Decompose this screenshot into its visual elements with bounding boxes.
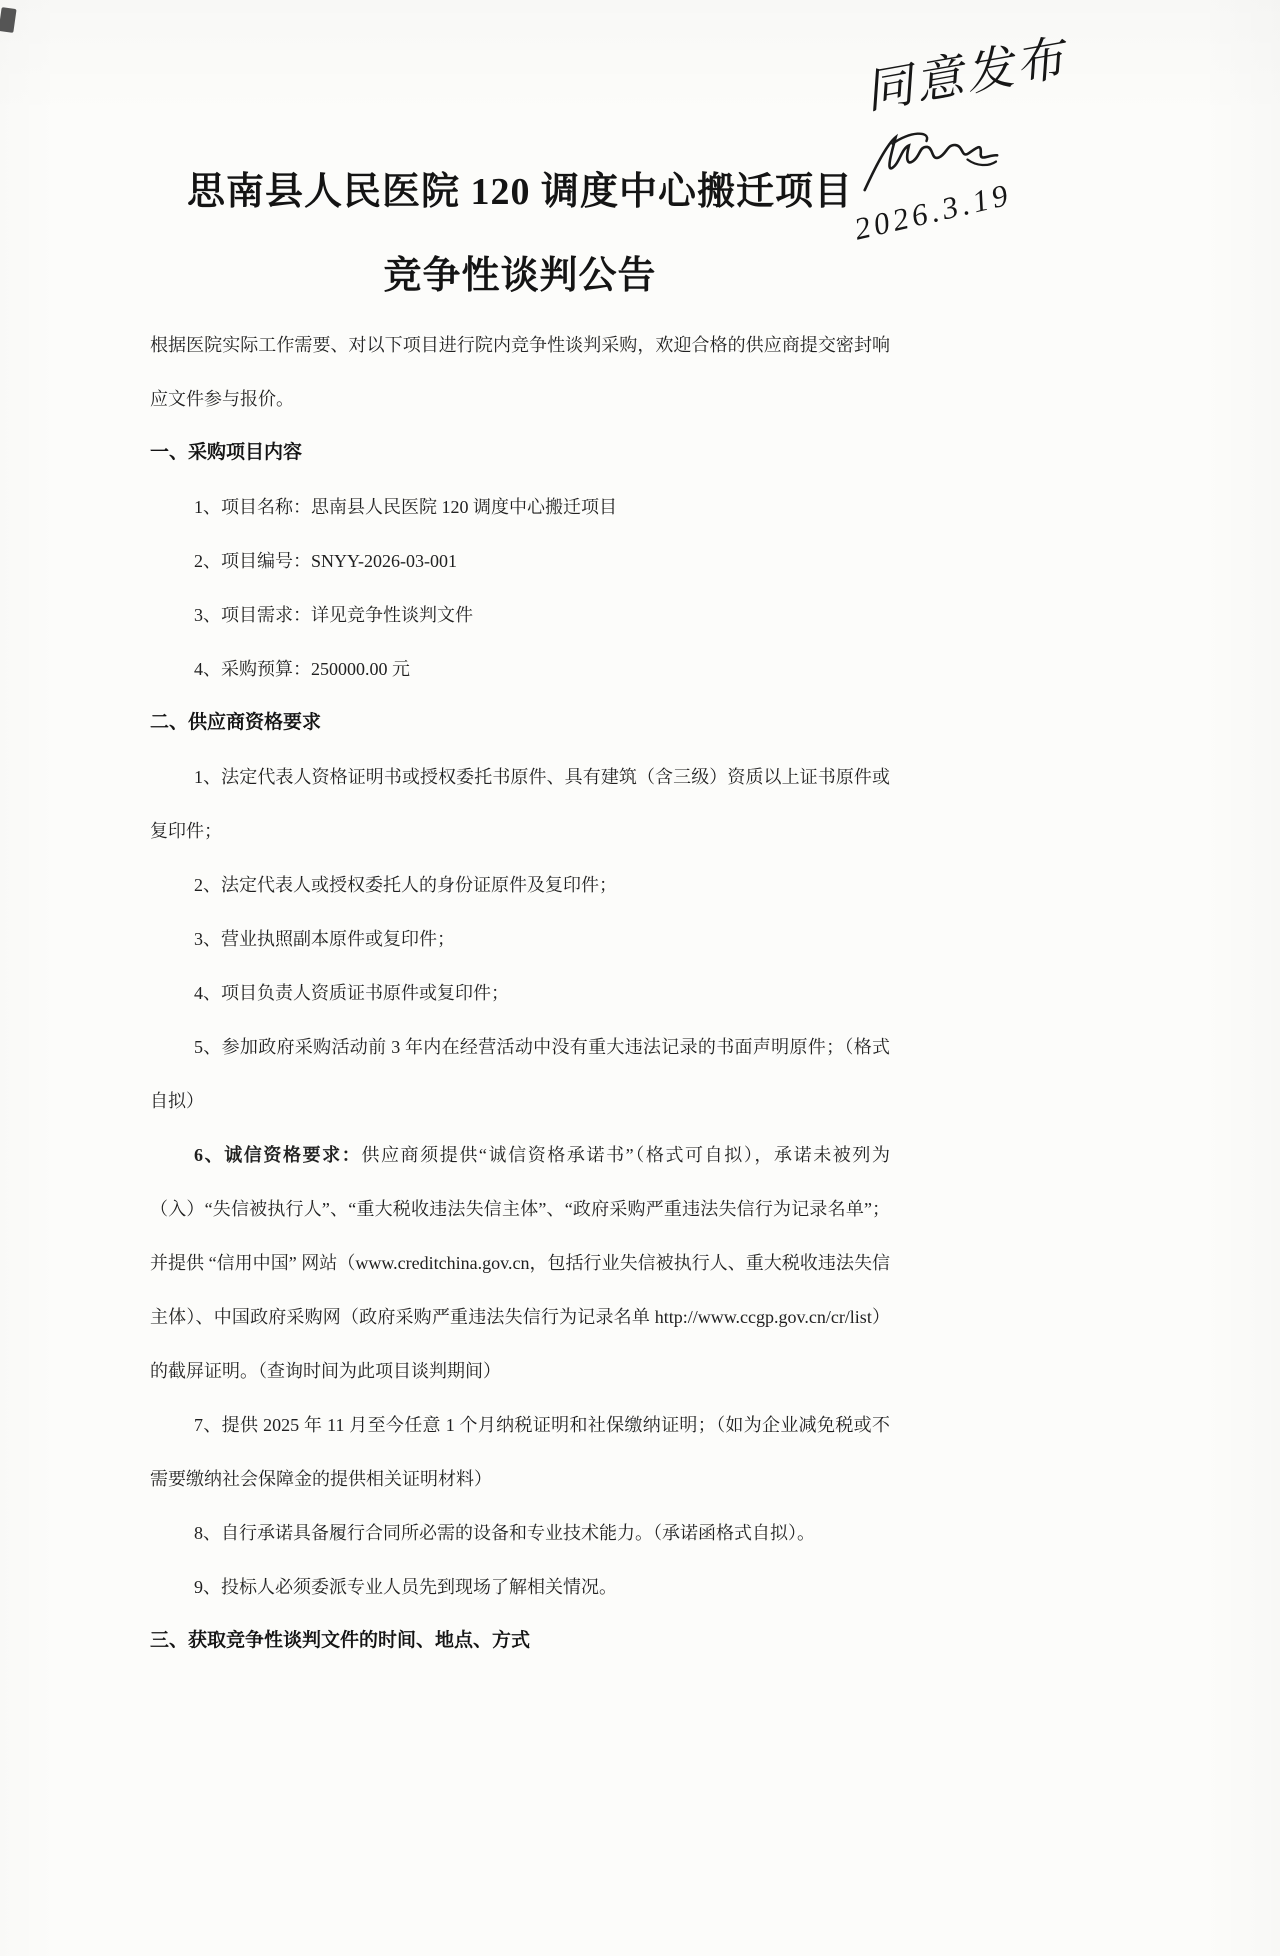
s1-item-project-demand: 3、项目需求：详见竞争性谈判文件 (150, 588, 890, 642)
s2-item-8: 8、自行承诺具备履行合同所必需的设备和专业技术能力。（承诺函格式自拟）。 (150, 1506, 890, 1560)
s2-item-7: 7、提供 2025 年 11 月至今任意 1 个月纳税证明和社保缴纳证明；（如为… (150, 1398, 890, 1506)
s2-item-6-label: 6、诚信资格要求： (194, 1145, 361, 1165)
section2-heading: 二、供应商资格要求 (150, 696, 890, 750)
s2-item-3: 3、营业执照副本原件或复印件； (150, 912, 890, 966)
s2-item-2: 2、法定代表人或授权委托人的身份证原件及复印件； (150, 858, 890, 912)
intro-paragraph: 根据医院实际工作需要、对以下项目进行院内竞争性谈判采购，欢迎合格的供应商提交密封… (150, 318, 890, 426)
approval-text: 同意发布 (859, 19, 1072, 122)
s2-item-9: 9、投标人必须委派专业人员先到现场了解相关情况。 (150, 1560, 890, 1614)
section1-heading: 一、采购项目内容 (150, 426, 890, 480)
s2-item-5: 5、参加政府采购活动前 3 年内在经营活动中没有重大违法记录的书面声明原件；（格… (150, 1020, 890, 1128)
document-body: 思南县人民医院 120 调度中心搬迁项目 竞争性谈判公告 根据医院实际工作需要、… (150, 150, 890, 1668)
s2-item-1: 1、法定代表人资格证明书或授权委托书原件、具有建筑（含三级）资质以上证书原件或复… (150, 750, 890, 858)
s2-item-6-text: 供应商须提供“诚信资格承诺书”（格式可自拟），承诺未被列为（入）“失信被执行人”… (150, 1145, 890, 1381)
scanned-document-page: 同意发布 2026.3.19 思南县人民医院 120 调度中心搬迁项目 竞争性谈… (0, 0, 1280, 1956)
section3-heading: 三、获取竞争性谈判文件的时间、地点、方式 (150, 1614, 890, 1668)
s1-item-budget: 4、采购预算：250000.00 元 (150, 642, 890, 696)
s2-item-6: 6、诚信资格要求：供应商须提供“诚信资格承诺书”（格式可自拟），承诺未被列为（入… (150, 1128, 890, 1398)
document-title-line2: 竞争性谈判公告 (150, 234, 890, 318)
s1-item-project-name: 1、项目名称：思南县人民医院 120 调度中心搬迁项目 (150, 480, 890, 534)
document-title-line1: 思南县人民医院 120 调度中心搬迁项目 (150, 150, 890, 234)
s1-item-project-number: 2、项目编号：SNYY-2026-03-001 (150, 534, 890, 588)
s2-item-4: 4、项目负责人资质证书原件或复印件； (150, 966, 890, 1020)
scan-edge-artifact (0, 7, 17, 33)
